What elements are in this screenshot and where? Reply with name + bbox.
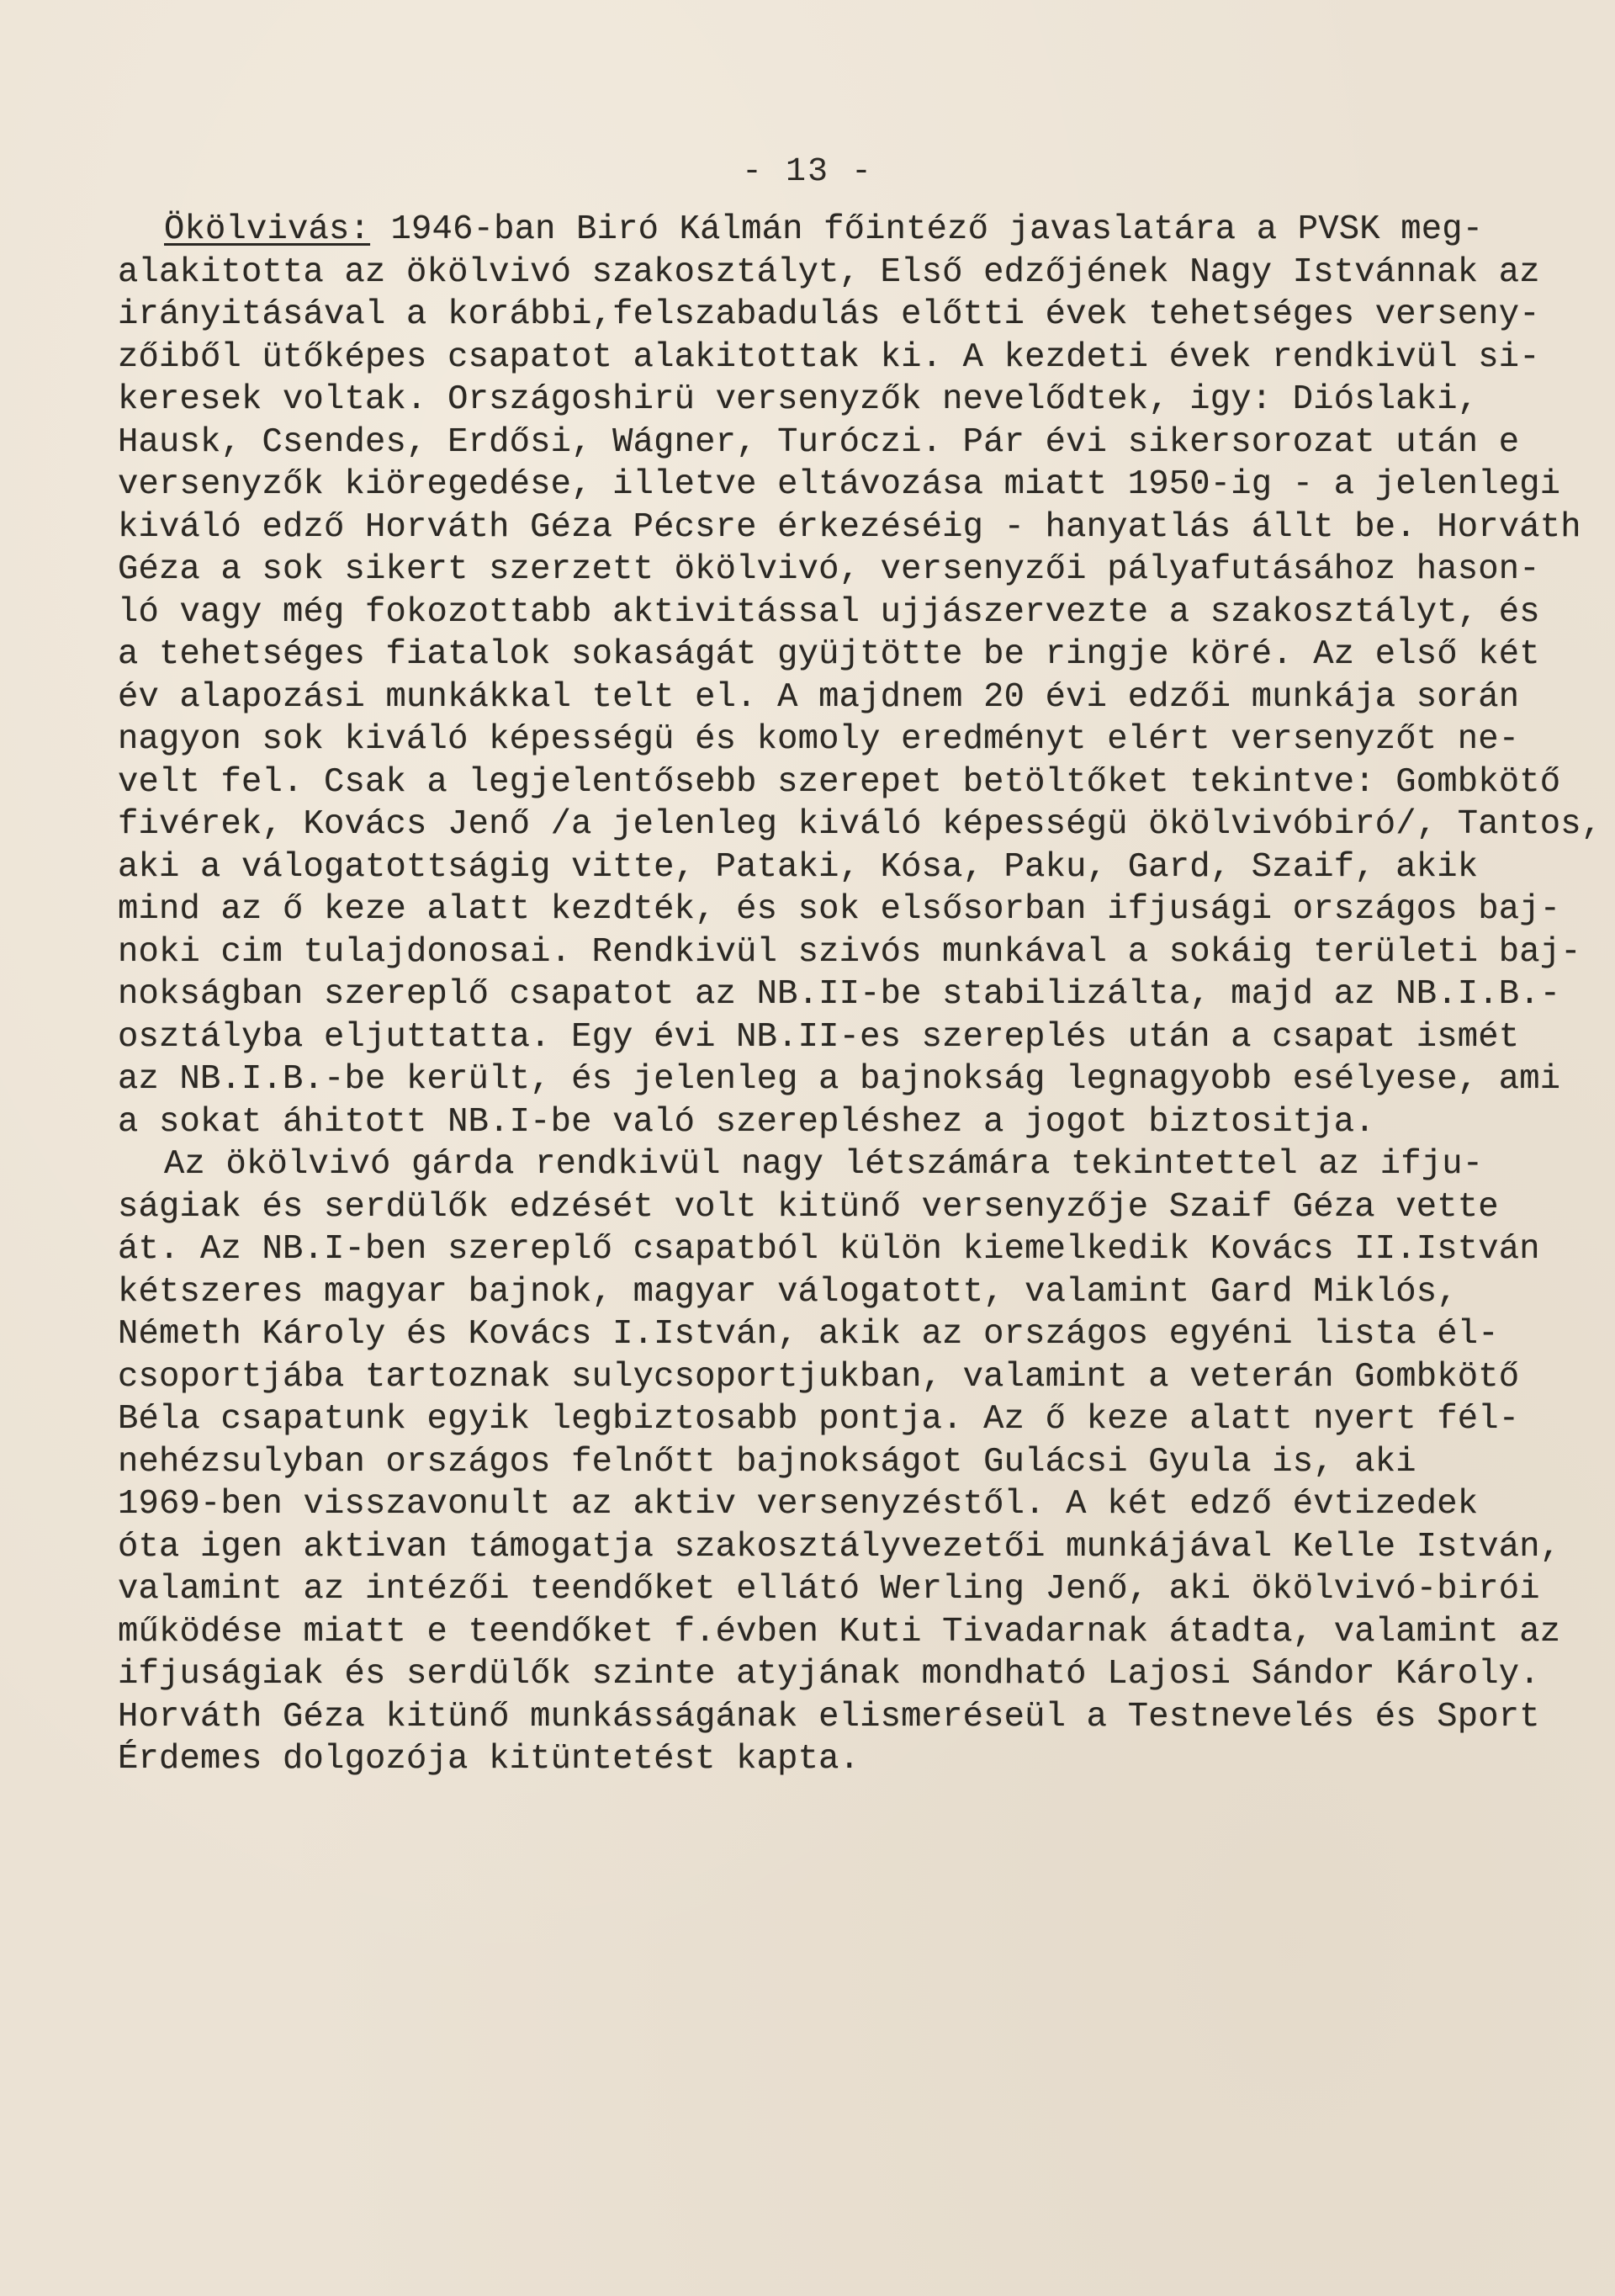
text-line: nokságban szereplő csapatot az NB.II-be … [118, 973, 1598, 1016]
text-line: a sokat áhitott NB.I-be való szerepléshe… [118, 1101, 1598, 1144]
text-line: keresek voltak. Országoshirü versenyzők … [118, 379, 1598, 422]
text-line: noki cim tulajdonosai. Rendkivül szivós … [118, 931, 1598, 974]
text-line: 1969-ben visszavonult az aktiv versenyzé… [118, 1483, 1598, 1526]
text-line: velt fel. Csak a legjelentősebb szerepet… [118, 761, 1598, 804]
text-line: mind az ő keze alatt kezdték, és sok els… [118, 888, 1598, 931]
paragraph-2: ságiak és serdülők edzését volt kitünő v… [118, 1186, 1598, 1781]
page-number: - 13 - [0, 153, 1615, 191]
text-line: Horváth Géza kitünő munkásságának elisme… [118, 1696, 1598, 1739]
text-line: ló vagy még fokozottabb aktivitással ujj… [118, 591, 1598, 634]
text-line: csoportjába tartoznak sulycsoportjukban,… [118, 1356, 1598, 1399]
text-line: fivérek, Kovács Jenő /a jelenleg kiváló … [118, 803, 1598, 846]
text-line: Géza a sok sikert szerzett ökölvivó, ver… [118, 549, 1598, 591]
text-line: év alapozási munkákkal telt el. A majdne… [118, 676, 1598, 719]
text-line: versenyzők kiöregedése, illetve eltávozá… [118, 464, 1598, 506]
text-line: működése miatt e teendőket f.évben Kuti … [118, 1611, 1598, 1654]
text-line: ifjuságiak és serdülők szinte atyjának m… [118, 1653, 1598, 1696]
text-line: az NB.I.B.-be került, és jelenleg a bajn… [118, 1058, 1598, 1101]
text-line: valamint az intézői teendőket ellátó Wer… [118, 1568, 1598, 1611]
text-line: át. Az NB.I-ben szereplő csapatból külön… [118, 1228, 1598, 1271]
text-line: nehézsulyban országos felnőtt bajnokságo… [118, 1441, 1598, 1484]
section-heading: Ökölvivás: [164, 210, 370, 249]
text-line: osztályba eljuttatta. Egy évi NB.II-es s… [118, 1016, 1598, 1059]
paragraph-1-first-line: Ökölvivás: 1946-ban Biró Kálmán főintéző… [118, 209, 1598, 252]
text-line: Németh Károly és Kovács I.István, akik a… [118, 1313, 1598, 1356]
text-line: kiváló edző Horváth Géza Pécsre érkezésé… [118, 506, 1598, 549]
paragraph-2-first-line: Az ökölvivó gárda rendkivül nagy létszám… [118, 1143, 1598, 1186]
text-line: kétszeres magyar bajnok, magyar válogato… [118, 1271, 1598, 1314]
text-line: alakitotta az ökölvivó szakosztályt, Els… [118, 252, 1598, 294]
first-line-text: 1946-ban Biró Kálmán főintéző javaslatár… [370, 210, 1483, 249]
body-text: Ökölvivás: 1946-ban Biró Kálmán főintéző… [118, 209, 1598, 1781]
text-line: ságiak és serdülők edzését volt kitünő v… [118, 1186, 1598, 1229]
text-line: nagyon sok kiváló képességü és komoly er… [118, 718, 1598, 761]
text-line: zőiből ütőképes csapatot alakitottak ki.… [118, 337, 1598, 379]
typewritten-page: - 13 - Ökölvivás: 1946-ban Biró Kálmán f… [0, 0, 1615, 2296]
text-line: aki a válogatottságig vitte, Pataki, Kós… [118, 846, 1598, 889]
text-line: óta igen aktivan támogatja szakosztályve… [118, 1526, 1598, 1569]
paragraph-1: alakitotta az ökölvivó szakosztályt, Els… [118, 252, 1598, 1144]
text-line: Érdemes dolgozója kitüntetést kapta. [118, 1738, 1598, 1781]
text-line: Hausk, Csendes, Erdősi, Wágner, Turóczi.… [118, 422, 1598, 464]
text-line: Béla csapatunk egyik legbiztosabb pontja… [118, 1398, 1598, 1441]
text-line: irányitásával a korábbi,felszabadulás el… [118, 294, 1598, 337]
text-line: a tehetséges fiatalok sokaságát gyüjtött… [118, 634, 1598, 676]
